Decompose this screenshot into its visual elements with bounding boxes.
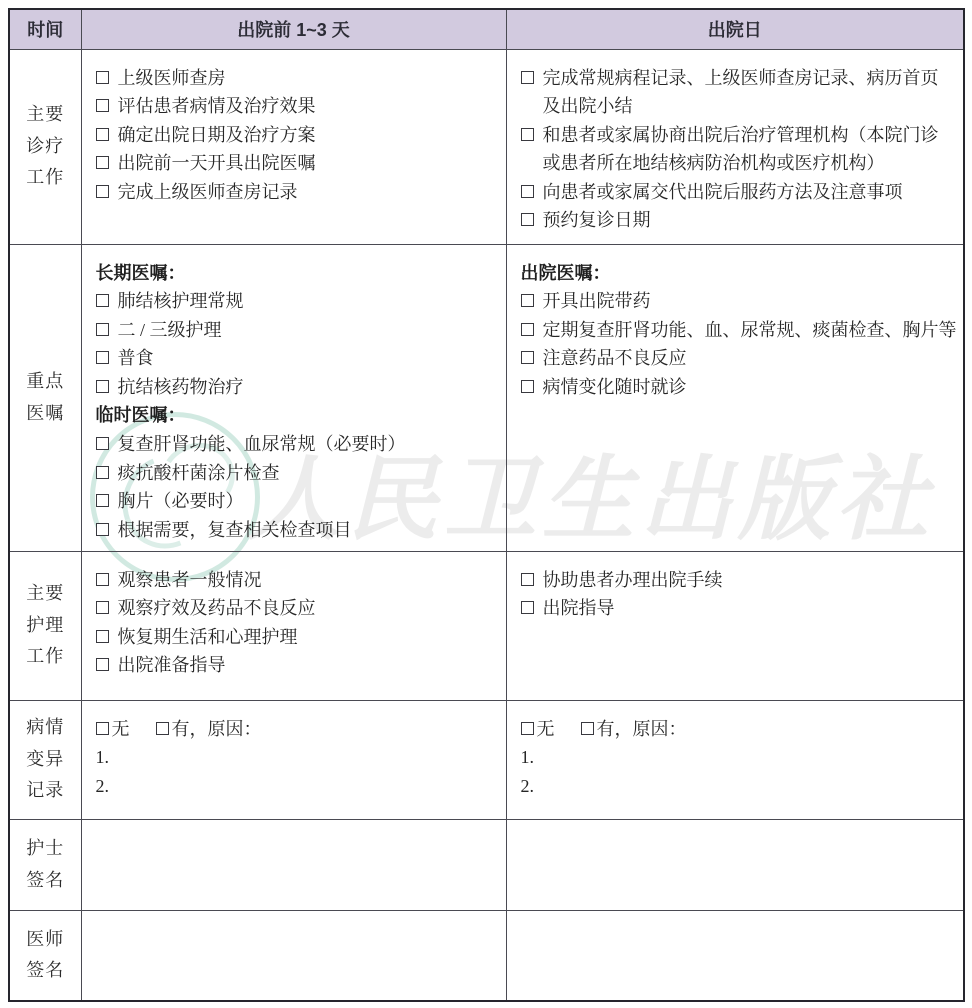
variation-reason-1: 1.	[521, 743, 958, 772]
cell-treatment-day: 完成常规病程记录、上级医师查房记录、病历首页 及出院小结 和患者或家属协商出院后…	[506, 49, 964, 244]
checkbox-icon[interactable]	[96, 99, 109, 112]
checkbox-icon[interactable]	[96, 294, 109, 307]
checkbox-icon[interactable]	[96, 380, 109, 393]
row-main-treatment: 主要 诊疗 工作 上级医师查房 评估患者病情及治疗效果 确定出院日期及治疗方案 …	[9, 49, 964, 244]
variation-option-none: 无	[521, 715, 555, 744]
header-discharge-day: 出院日	[506, 9, 964, 49]
checklist-item: 临时医嘱：	[96, 401, 500, 430]
checklist: 完成常规病程记录、上级医师查房记录、病历首页 及出院小结 和患者或家属协商出院后…	[521, 64, 958, 236]
checkbox-icon[interactable]	[96, 658, 109, 671]
checklist-item: 出院前一天开具出院医嘱	[96, 149, 500, 178]
variation-option-has: 有，原因：	[156, 715, 262, 744]
checkbox-icon[interactable]	[521, 351, 534, 364]
cell-nursing-pre: 观察患者一般情况 观察疗效及药品不良反应 恢复期生活和心理护理 出院准备指导	[81, 551, 506, 700]
checkbox-icon[interactable]	[96, 601, 109, 614]
cell-doctor-signature-day	[506, 910, 964, 1001]
checklist-item: 根据需要，复查相关检查项目	[96, 516, 500, 545]
checkbox-icon[interactable]	[156, 722, 169, 735]
variation-reason-2: 2.	[521, 772, 958, 801]
checklist-item: 复查肝肾功能、血尿常规（必要时）	[96, 430, 500, 459]
cell-nurse-signature-day	[506, 819, 964, 910]
checklist-item: 出院准备指导	[96, 651, 500, 680]
cell-doctor-signature-pre	[81, 910, 506, 1001]
checkbox-icon[interactable]	[521, 185, 534, 198]
checklist-item: 观察疗效及药品不良反应	[96, 594, 500, 623]
checkbox-icon[interactable]	[96, 351, 109, 364]
checklist-item: 完成常规病程记录、上级医师查房记录、病历首页 及出院小结	[521, 64, 958, 121]
checklist-item: 协助患者办理出院手续	[521, 566, 958, 595]
header-row: 时间 出院前 1~3 天 出院日	[9, 9, 964, 49]
checkbox-icon[interactable]	[581, 722, 594, 735]
variation-option-has: 有，原因：	[581, 715, 687, 744]
cell-orders-day: 出院医嘱： 开具出院带药 定期复查肝肾功能、血、尿常规、痰菌检查、胸片等 注意药…	[506, 244, 964, 551]
row-label-variation: 病情 变异 记录	[9, 700, 81, 819]
cell-variation-day: 无 有，原因： 1. 2.	[506, 700, 964, 819]
row-label-main-nursing: 主要 护理 工作	[9, 551, 81, 700]
checklist-item: 出院医嘱：	[521, 259, 958, 288]
checkbox-icon[interactable]	[521, 380, 534, 393]
checkbox-icon[interactable]	[96, 630, 109, 643]
checkbox-icon[interactable]	[521, 128, 534, 141]
checkbox-icon[interactable]	[96, 466, 109, 479]
row-variation-record: 病情 变异 记录 无 有，原因： 1. 2. 无 有，原因： 1. 2.	[9, 700, 964, 819]
cell-variation-pre: 无 有，原因： 1. 2.	[81, 700, 506, 819]
page: 人民卫生出版社 时间 出院前 1~3 天 出院日 主要 诊疗 工作 上级医师查房	[0, 0, 972, 1008]
checklist-item: 预约复诊日期	[521, 206, 958, 235]
row-nurse-signature: 护士 签名	[9, 819, 964, 910]
checklist-item: 确定出院日期及治疗方案	[96, 121, 500, 150]
row-key-orders: 重点 医嘱 长期医嘱： 肺结核护理常规 二 / 三级护理 普食 抗结核药物治疗	[9, 244, 964, 551]
checkbox-icon[interactable]	[96, 156, 109, 169]
checkbox-icon[interactable]	[521, 71, 534, 84]
checklist-item: 完成上级医师查房记录	[96, 178, 500, 207]
cell-nursing-day: 协助患者办理出院手续 出院指导	[506, 551, 964, 700]
checklist: 观察患者一般情况 观察疗效及药品不良反应 恢复期生活和心理护理 出院准备指导	[96, 566, 500, 680]
variation-reason-2: 2.	[96, 772, 500, 801]
checkbox-icon[interactable]	[521, 573, 534, 586]
checklist-item: 上级医师查房	[96, 64, 500, 93]
checklist-item: 抗结核药物治疗	[96, 373, 500, 402]
checklist: 出院医嘱： 开具出院带药 定期复查肝肾功能、血、尿常规、痰菌检查、胸片等 注意药…	[521, 259, 958, 402]
checklist-item: 肺结核护理常规	[96, 287, 500, 316]
checklist-item: 向患者或家属交代出院后服药方法及注意事项	[521, 178, 958, 207]
checkbox-icon[interactable]	[521, 213, 534, 226]
checklist: 长期医嘱： 肺结核护理常规 二 / 三级护理 普食 抗结核药物治疗 临时医嘱： …	[96, 259, 500, 545]
row-main-nursing: 主要 护理 工作 观察患者一般情况 观察疗效及药品不良反应 恢复期生活和心理护理…	[9, 551, 964, 700]
checkbox-icon[interactable]	[96, 722, 109, 735]
checklist-item: 定期复查肝肾功能、血、尿常规、痰菌检查、胸片等	[521, 316, 958, 345]
checklist-item: 注意药品不良反应	[521, 344, 958, 373]
clinical-pathway-table: 时间 出院前 1~3 天 出院日 主要 诊疗 工作 上级医师查房 评估患者病情及…	[8, 8, 965, 1002]
variation-options: 无 有，原因：	[521, 715, 958, 744]
variation-reason-1: 1.	[96, 743, 500, 772]
checklist: 上级医师查房 评估患者病情及治疗效果 确定出院日期及治疗方案 出院前一天开具出院…	[96, 64, 500, 207]
row-label-doctor-signature: 医师 签名	[9, 910, 81, 1001]
row-doctor-signature: 医师 签名	[9, 910, 964, 1001]
row-label-main-treatment: 主要 诊疗 工作	[9, 49, 81, 244]
checklist-item: 评估患者病情及治疗效果	[96, 92, 500, 121]
cell-treatment-pre: 上级医师查房 评估患者病情及治疗效果 确定出院日期及治疗方案 出院前一天开具出院…	[81, 49, 506, 244]
checklist-item: 恢复期生活和心理护理	[96, 623, 500, 652]
checklist-item: 观察患者一般情况	[96, 566, 500, 595]
checkbox-icon[interactable]	[96, 323, 109, 336]
checkbox-icon[interactable]	[96, 128, 109, 141]
checklist-item: 普食	[96, 344, 500, 373]
checklist-item: 长期医嘱：	[96, 259, 500, 288]
checkbox-icon[interactable]	[96, 71, 109, 84]
checkbox-icon[interactable]	[521, 722, 534, 735]
checklist-item: 病情变化随时就诊	[521, 373, 958, 402]
header-pre-discharge: 出院前 1~3 天	[81, 9, 506, 49]
checklist-item: 和患者或家属协商出院后治疗管理机构（本院门诊 或患者所在地结核病防治机构或医疗机…	[521, 121, 958, 178]
checklist-item: 痰抗酸杆菌涂片检查	[96, 459, 500, 488]
checklist-item: 开具出院带药	[521, 287, 958, 316]
header-time: 时间	[9, 9, 81, 49]
checkbox-icon[interactable]	[96, 494, 109, 507]
cell-nurse-signature-pre	[81, 819, 506, 910]
checkbox-icon[interactable]	[521, 601, 534, 614]
checkbox-icon[interactable]	[96, 523, 109, 536]
variation-options: 无 有，原因：	[96, 715, 500, 744]
checkbox-icon[interactable]	[96, 437, 109, 450]
cell-orders-pre: 长期医嘱： 肺结核护理常规 二 / 三级护理 普食 抗结核药物治疗 临时医嘱： …	[81, 244, 506, 551]
checklist-item: 胸片（必要时）	[96, 487, 500, 516]
checkbox-icon[interactable]	[521, 294, 534, 307]
variation-option-none: 无	[96, 715, 130, 744]
checkbox-icon[interactable]	[521, 323, 534, 336]
row-label-nurse-signature: 护士 签名	[9, 819, 81, 910]
row-label-key-orders: 重点 医嘱	[9, 244, 81, 551]
checklist: 协助患者办理出院手续 出院指导	[521, 566, 958, 623]
checklist-item: 二 / 三级护理	[96, 316, 500, 345]
checklist-item: 出院指导	[521, 594, 958, 623]
checkbox-icon[interactable]	[96, 185, 109, 198]
checkbox-icon[interactable]	[96, 573, 109, 586]
